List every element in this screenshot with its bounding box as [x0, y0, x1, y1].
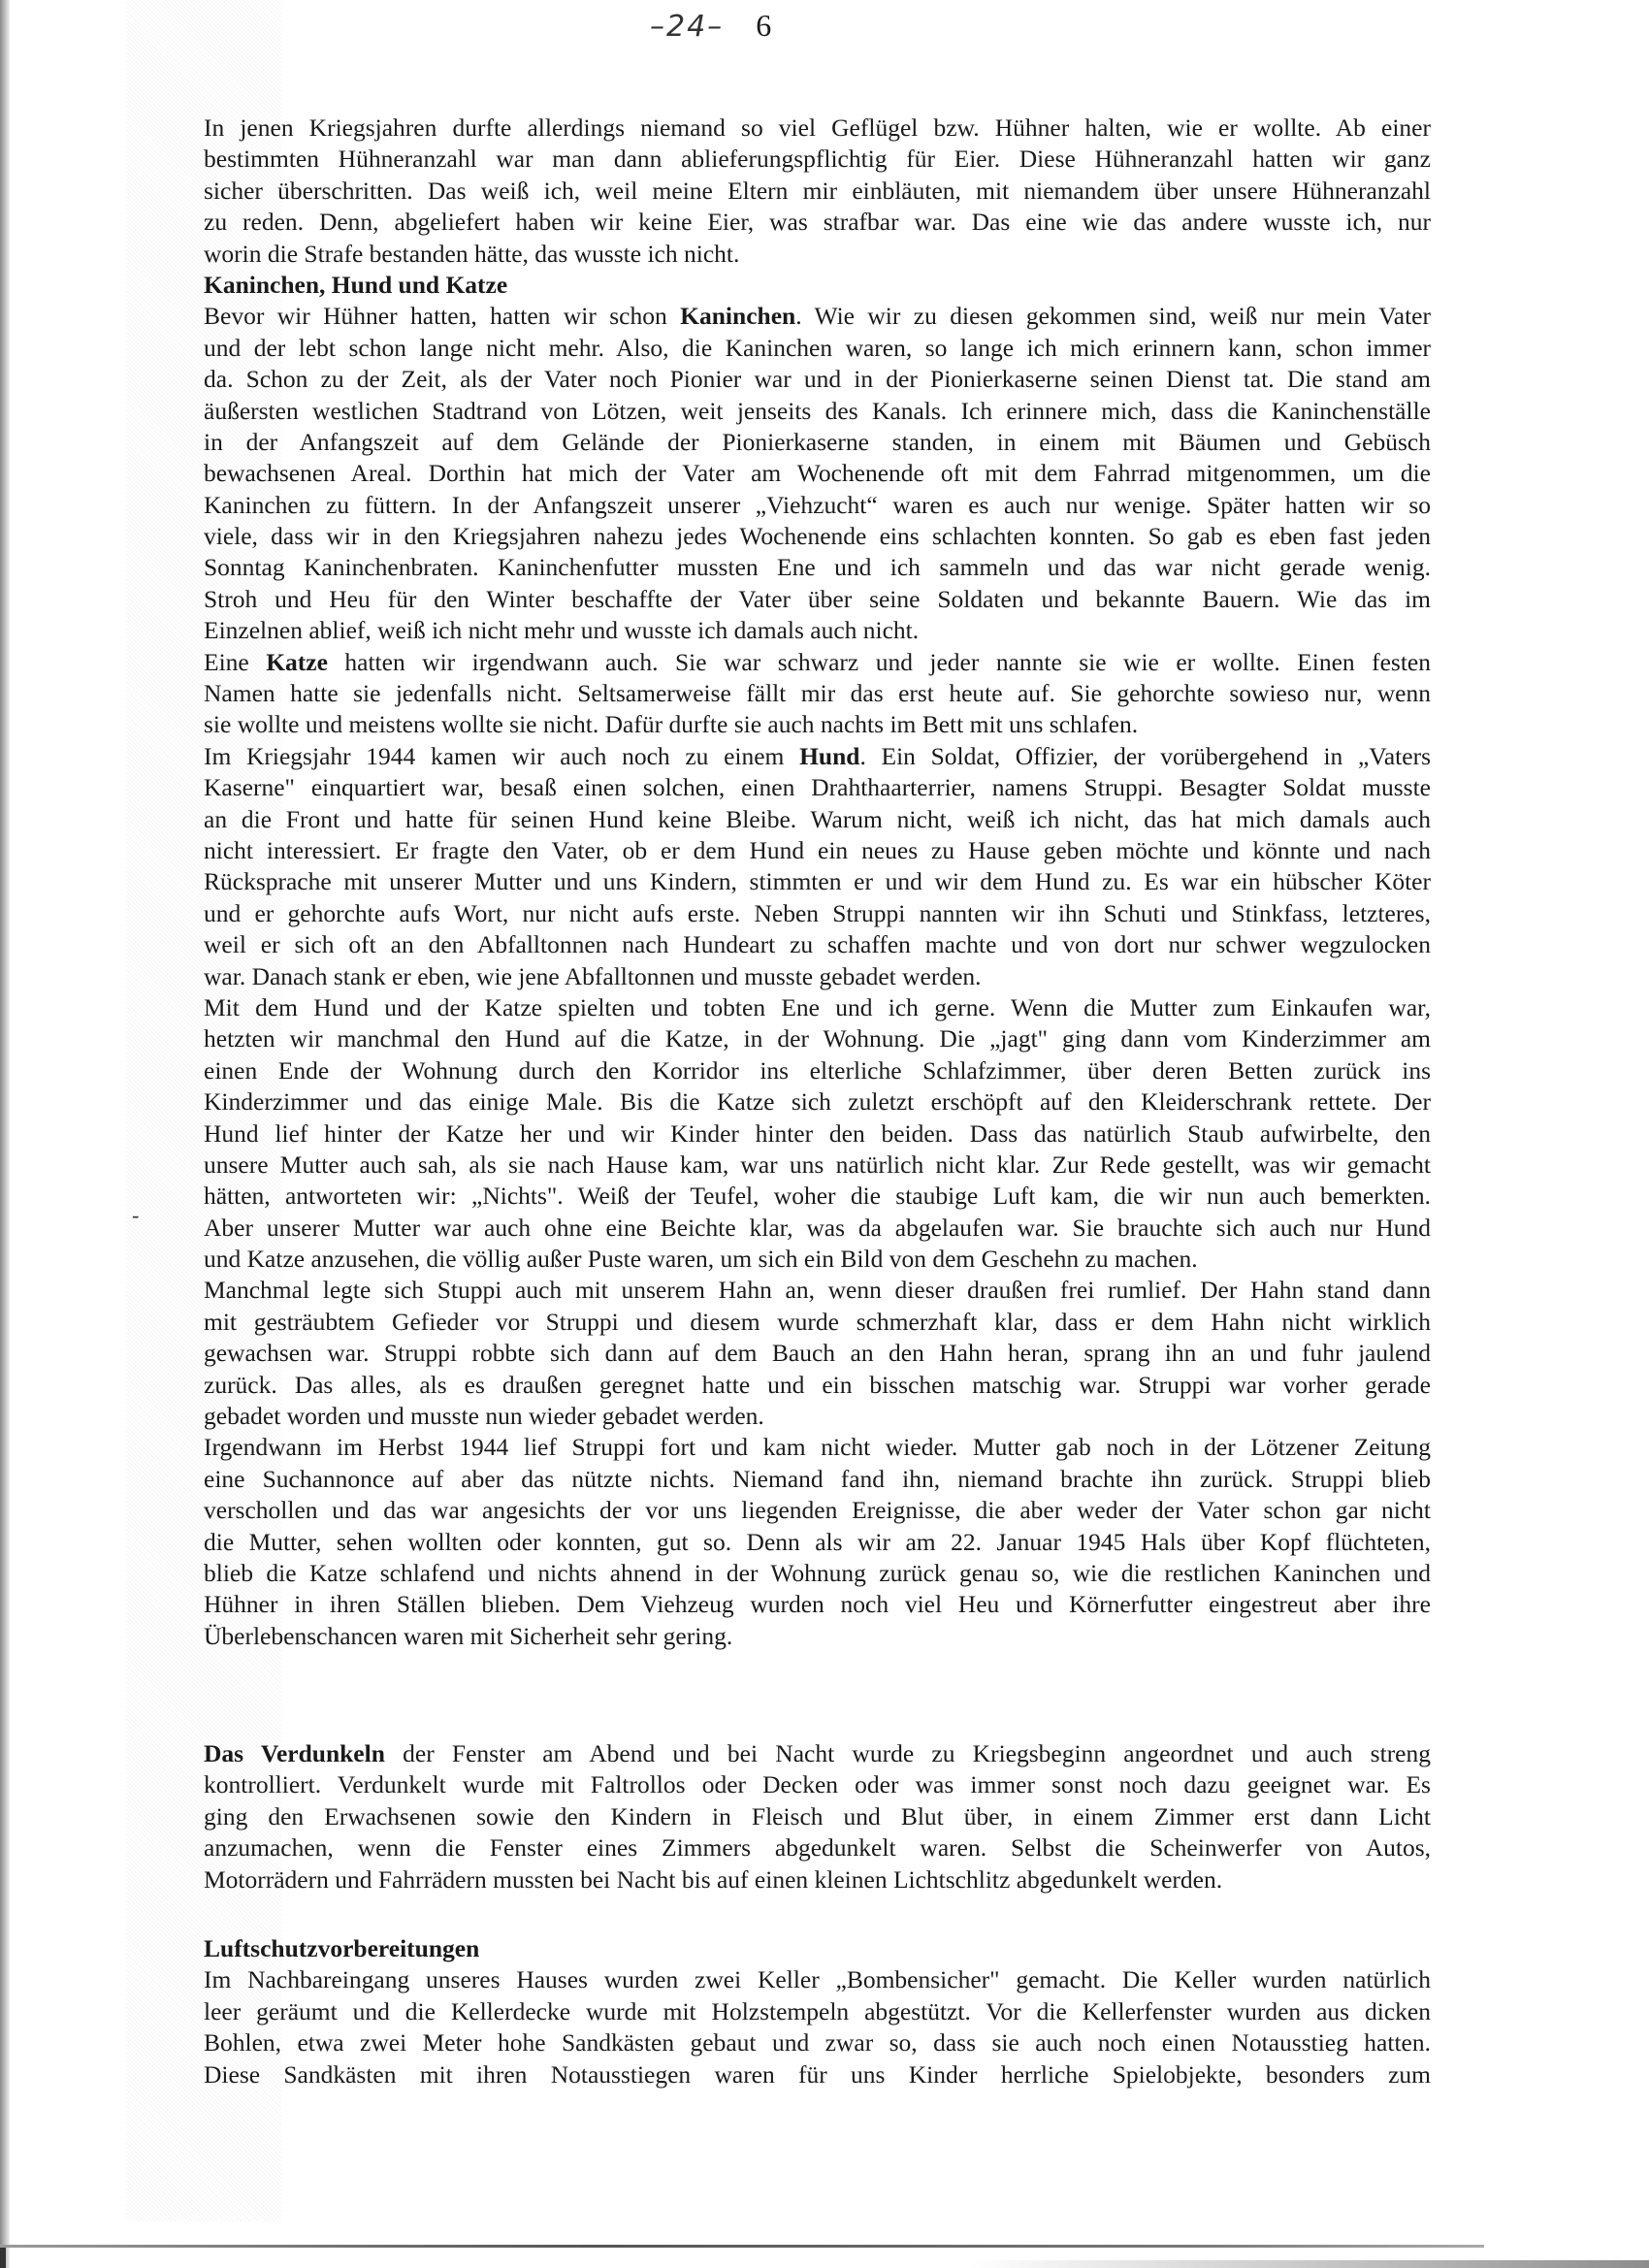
- text-line: eine Suchannonce auf aber das nützte nic…: [204, 1464, 1431, 1495]
- text-line: anzumachen, wenn die Fenster eines Zimme…: [204, 1832, 1431, 1863]
- text-line: Eine Katze hatten wir irgendwann auch. S…: [204, 647, 1431, 678]
- text-line: Bohlen, etwa zwei Meter hohe Sandkästen …: [204, 2027, 1431, 2058]
- printed-page-number: 6: [756, 8, 773, 43]
- text-line: Hund lief hinter der Katze her und wir K…: [204, 1118, 1431, 1150]
- text-fragment: Eine: [204, 648, 266, 676]
- text-line: Stroh und Heu für den Winter beschaffte …: [204, 584, 1431, 615]
- text-line: Einzelnen ablief, weiß ich nicht mehr un…: [204, 615, 1431, 646]
- handwritten-page-number: –24–: [650, 10, 724, 44]
- text-line: mit gesträubtem Gefieder vor Struppi und…: [204, 1307, 1431, 1338]
- text-line: Kaninchen zu füttern. In der Anfangszeit…: [204, 490, 1431, 521]
- text-fragment: hatten wir irgendwann auch. Sie war schw…: [328, 648, 1431, 676]
- text-line: sicher überschritten. Das weiß ich, weil…: [204, 176, 1431, 207]
- section-heading-kaninchen-hund-katze: Kaninchen, Hund und Katze: [204, 270, 1431, 301]
- scan-bottom-shade: [970, 2260, 1649, 2268]
- page-number: –24– 6: [650, 4, 773, 45]
- text-line: ging den Erwachsenen sowie den Kindern i…: [204, 1801, 1431, 1832]
- text-line: Im Nachbareingang unseres Hauses wurden …: [204, 1964, 1431, 1995]
- text-line: und Katze anzusehen, die völlig außer Pu…: [204, 1244, 1431, 1275]
- text-line: sie wollte und meistens wollte sie nicht…: [204, 709, 1431, 740]
- text-line: gewachsen war. Struppi robbte sich dann …: [204, 1338, 1431, 1369]
- text-line: Namen hatte sie jedenfalls nicht. Seltsa…: [204, 678, 1431, 709]
- section-heading-luftschutzvorbereitungen: Luftschutzvorbereitungen: [204, 1933, 1431, 1964]
- paragraph-verdunkeln: Das Verdunkeln der Fenster am Abend und …: [204, 1738, 1431, 1895]
- text-line: Irgendwann im Herbst 1944 lief Struppi f…: [204, 1432, 1431, 1463]
- text-line: Kinderzimmer und das einige Male. Bis di…: [204, 1086, 1431, 1118]
- bold-term-das-verdunkeln: Das Verdunkeln: [204, 1739, 385, 1767]
- text-line: kontrolliert. Verdunkelt wurde mit Faltr…: [204, 1769, 1431, 1800]
- scan-bottom-corner: [0, 2248, 6, 2268]
- text-line: viele, dass wir in den Kriegsjahren nahe…: [204, 521, 1431, 552]
- text-line: bestimmten Hühneranzahl war man dann abl…: [204, 144, 1431, 175]
- text-line: worin die Strafe bestanden hätte, das wu…: [204, 239, 1431, 270]
- text-line: In jenen Kriegsjahren durfte allerdings …: [204, 113, 1431, 144]
- text-line: Sonntag Kaninchenbraten. Kaninchenfutter…: [204, 552, 1431, 583]
- text-line: Überlebenschancen waren mit Sicherheit s…: [204, 1621, 1431, 1652]
- text-line: in der Anfangszeit auf dem Gelände der P…: [204, 427, 1431, 458]
- text-line: war. Danach stank er eben, wie jene Abfa…: [204, 961, 1431, 992]
- text-line: da. Schon zu der Zeit, als der Vater noc…: [204, 364, 1431, 395]
- scan-left-edge: [0, 0, 10, 2268]
- paragraph-huehner: In jenen Kriegsjahren durfte allerdings …: [204, 113, 1431, 1652]
- text-line: Rücksprache mit unserer Mutter und uns K…: [204, 866, 1431, 897]
- text-line: Hühner in ihren Ställen blieben. Dem Vie…: [204, 1589, 1431, 1620]
- text-line: blieb die Katze schlafend und nichts ahn…: [204, 1558, 1431, 1589]
- text-line: Manchmal legte sich Stuppi auch mit unse…: [204, 1275, 1431, 1306]
- text-line: Diese Sandkästen mit ihren Notausstiegen…: [204, 2059, 1431, 2090]
- text-line: nicht interessiert. Er fragte den Vater,…: [204, 835, 1431, 866]
- text-line: äußersten westlichen Stadtrand von Lötze…: [204, 396, 1431, 427]
- text-line: unsere Mutter auch sah, als sie nach Hau…: [204, 1150, 1431, 1181]
- text-line: Mit dem Hund und der Katze spielten und …: [204, 992, 1431, 1023]
- text-line: hetzten wir manchmal den Hund auf die Ka…: [204, 1023, 1431, 1054]
- text-line: hätten, antworteten wir: „Nichts". Weiß …: [204, 1181, 1431, 1212]
- text-line: Das Verdunkeln der Fenster am Abend und …: [204, 1738, 1431, 1769]
- text-fragment: der Fenster am Abend und bei Nacht wurde…: [385, 1739, 1431, 1767]
- text-line: verschollen und das war angesichts der v…: [204, 1495, 1431, 1526]
- text-line: Motorrädern und Fahrrädern mussten bei N…: [204, 1864, 1431, 1895]
- text-line: und er gehorchte aufs Wort, nur nicht au…: [204, 898, 1431, 929]
- text-line: leer geräumt und die Kellerdecke wurde m…: [204, 1996, 1431, 2027]
- text-line: Aber unserer Mutter war auch ohne eine B…: [204, 1213, 1431, 1244]
- text-fragment: Im Kriegsjahr 1944 kamen wir auch noch z…: [204, 742, 799, 770]
- text-line: Kaserne" einquartiert war, besaß einen s…: [204, 772, 1431, 803]
- scan-bottom-edge: [0, 2245, 1484, 2248]
- text-fragment: Bevor wir Hühner hatten, hatten wir scho…: [204, 302, 680, 330]
- text-line: und der lebt schon lange nicht mehr. Als…: [204, 333, 1431, 364]
- text-line: zurück. Das alles, als es draußen geregn…: [204, 1370, 1431, 1401]
- text-line: Im Kriegsjahr 1944 kamen wir auch noch z…: [204, 741, 1431, 772]
- bold-term-kaninchen: Kaninchen: [680, 302, 795, 330]
- text-line: gebadet worden und musste nun wieder geb…: [204, 1401, 1431, 1432]
- bold-term-hund: Hund: [799, 742, 859, 770]
- text-fragment: . Ein Soldat, Offizier, der vorübergehen…: [859, 742, 1431, 770]
- text-fragment: . Wie wir zu diesen gekommen sind, weiß …: [795, 302, 1431, 330]
- bold-term-katze: Katze: [266, 648, 328, 676]
- text-line: die Mutter, sehen wollten oder konnten, …: [204, 1527, 1431, 1558]
- text-line: bewachsenen Areal. Dorthin hat mich der …: [204, 458, 1431, 489]
- text-line: Bevor wir Hühner hatten, hatten wir scho…: [204, 301, 1431, 332]
- text-line: weil er sich oft an den Abfalltonnen nac…: [204, 929, 1431, 960]
- margin-mark: -: [132, 1203, 139, 1228]
- text-line: an die Front und hatte für seinen Hund k…: [204, 804, 1431, 835]
- text-line: zu reden. Denn, abgeliefert haben wir ke…: [204, 207, 1431, 238]
- text-line: einen Ende der Wohnung durch den Korrido…: [204, 1055, 1431, 1086]
- paragraph-luftschutz: Luftschutzvorbereitungen Im Nachbareinga…: [204, 1933, 1431, 2090]
